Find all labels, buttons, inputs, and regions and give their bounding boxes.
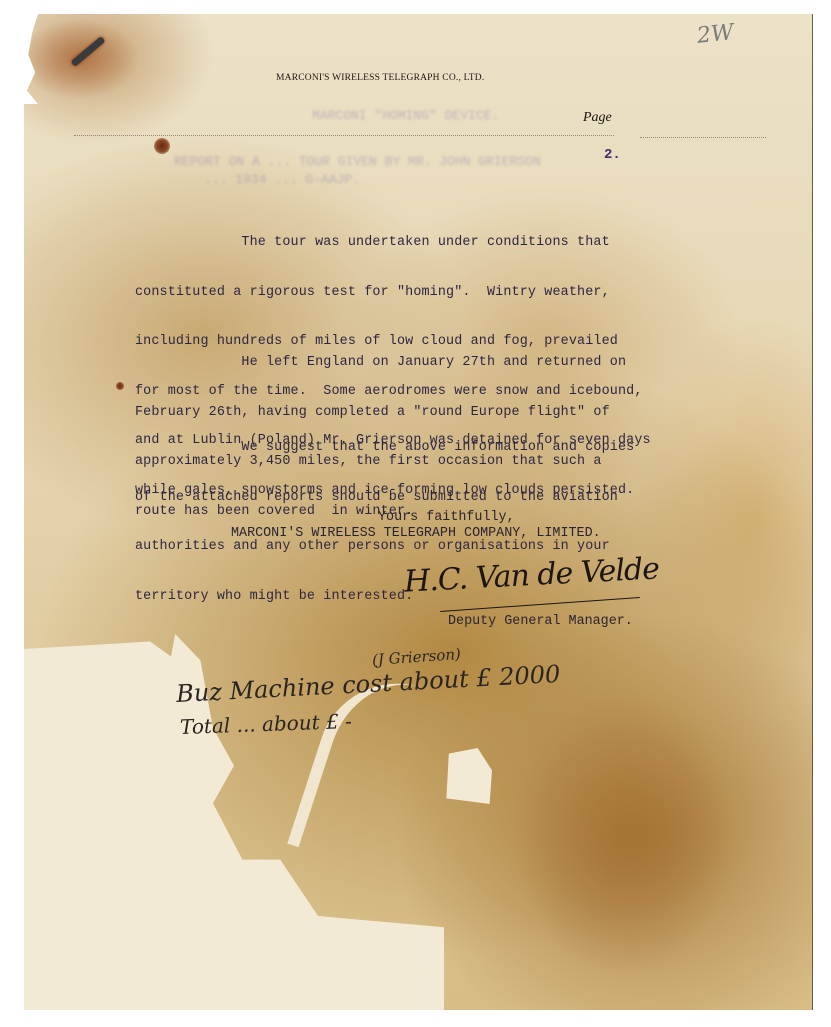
text-line: The tour was undertaken under conditions… (135, 235, 651, 252)
torn-edge (24, 14, 38, 104)
text-line: We suggest that the above information an… (135, 440, 634, 457)
letterhead: MARCONI'S WIRELESS TELEGRAPH CO., LTD. (276, 73, 484, 83)
text-line: of the attached reports should be submit… (135, 490, 634, 507)
closing-company: MARCONI'S WIRELESS TELEGRAPH COMPANY, LI… (231, 526, 601, 541)
rust-stain (154, 138, 170, 154)
rust-stain (116, 382, 124, 390)
page-number-rule (640, 137, 766, 138)
signatory-title: Deputy General Manager. (448, 614, 633, 629)
bleed-through-text: REPORT ON A ... TOUR GIVEN BY MR. JOHN G… (174, 154, 541, 169)
rusted-staple-mark (70, 36, 105, 67)
text-line: constituted a rigorous test for "homing"… (135, 285, 651, 302)
closing-salutation: Yours faithfully, (378, 510, 515, 525)
page-label: Page (583, 110, 612, 126)
bleed-through-text: MARCONI "HOMING" DEVICE. (312, 108, 499, 123)
paper-hole (444, 748, 492, 804)
text-line: authorities and any other persons or org… (135, 539, 634, 556)
archive-number: 2W (696, 20, 735, 49)
header-rule (74, 135, 614, 136)
text-line: He left England on January 27th and retu… (135, 355, 626, 372)
page-number: 2. (604, 147, 621, 163)
bleed-through-text: ... 1934 ... G-AAJP. (204, 172, 360, 187)
